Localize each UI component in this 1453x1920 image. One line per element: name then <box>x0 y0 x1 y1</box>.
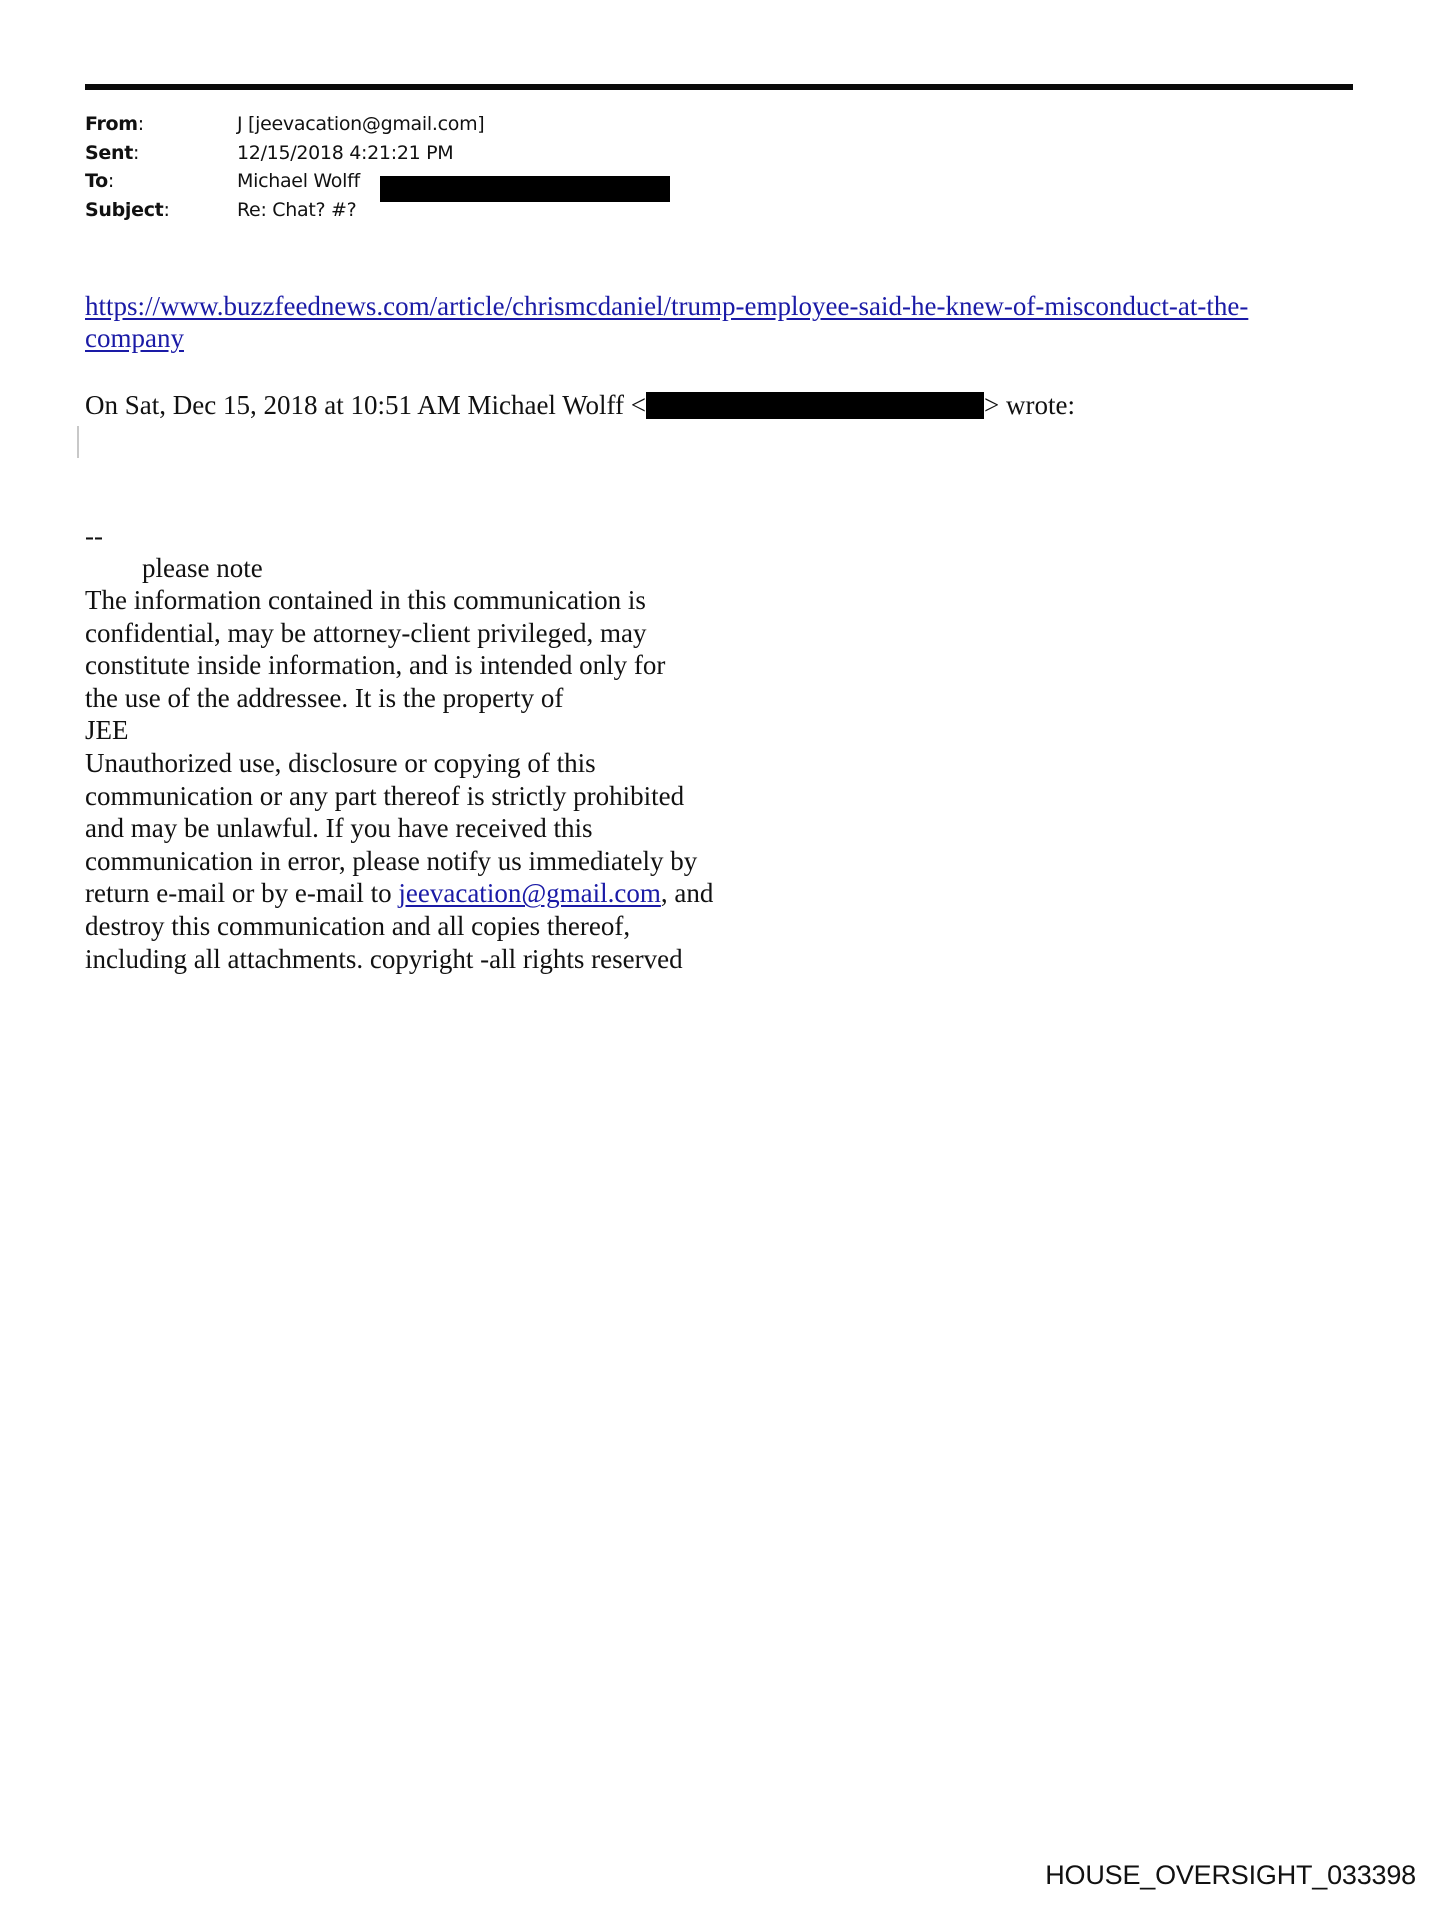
quote-intro-suffix: > wrote: <box>984 390 1075 420</box>
subject-value: Re: Chat? #? <box>237 198 356 222</box>
email-line-prefix: return e-mail or by e-mail to <box>85 878 398 908</box>
disclaimer-line: communication or any part thereof is str… <box>85 780 684 812</box>
article-link-continued[interactable]: company <box>85 323 184 353</box>
disclaimer-line: including all attachments. copyright -al… <box>85 943 683 975</box>
disclaimer-line: destroy this communication and all copie… <box>85 910 630 942</box>
disclaimer-line: and may be unlawful. If you have receive… <box>85 812 593 844</box>
bates-number: HOUSE_OVERSIGHT_033398 <box>1045 1860 1416 1891</box>
subject-label: Subject: <box>85 198 170 222</box>
sent-value: 12/15/2018 4:21:21 PM <box>237 141 453 165</box>
please-note: please note <box>142 552 263 584</box>
disclaimer-line: The information contained in this commun… <box>85 584 646 616</box>
disclaimer-line: JEE <box>85 714 129 746</box>
disclaimer-email-line: return e-mail or by e-mail to jeevacatio… <box>85 877 713 909</box>
sent-label: Sent: <box>85 141 139 165</box>
disclaimer-line: the use of the addressee. It is the prop… <box>85 682 563 714</box>
disclaimer-line: confidential, may be attorney-client pri… <box>85 617 647 649</box>
disclaimer-line: Unauthorized use, disclosure or copying … <box>85 747 596 779</box>
signature-separator: -- <box>85 520 103 552</box>
email-line-suffix: , and <box>661 878 713 908</box>
article-link-line-1: https://www.buzzfeednews.com/article/chr… <box>85 290 1248 322</box>
to-value: Michael Wolff <box>237 169 360 193</box>
contact-email-link[interactable]: jeevacation@gmail.com <box>398 878 661 908</box>
from-value: J [jeevacation@gmail.com] <box>237 112 484 136</box>
redaction-box-quote-email <box>646 392 984 419</box>
article-link-line-2: company <box>85 322 184 354</box>
disclaimer-line: communication in error, please notify us… <box>85 845 697 877</box>
disclaimer-line: constitute inside information, and is in… <box>85 649 665 681</box>
quote-bar <box>77 426 79 458</box>
article-link[interactable]: https://www.buzzfeednews.com/article/chr… <box>85 291 1248 321</box>
redaction-box-to <box>380 176 670 202</box>
from-label: From: <box>85 112 144 136</box>
quote-intro: On Sat, Dec 15, 2018 at 10:51 AM Michael… <box>85 389 1075 421</box>
quote-intro-prefix: On Sat, Dec 15, 2018 at 10:51 AM Michael… <box>85 390 646 420</box>
header-rule <box>85 84 1353 90</box>
to-label: To: <box>85 169 114 193</box>
